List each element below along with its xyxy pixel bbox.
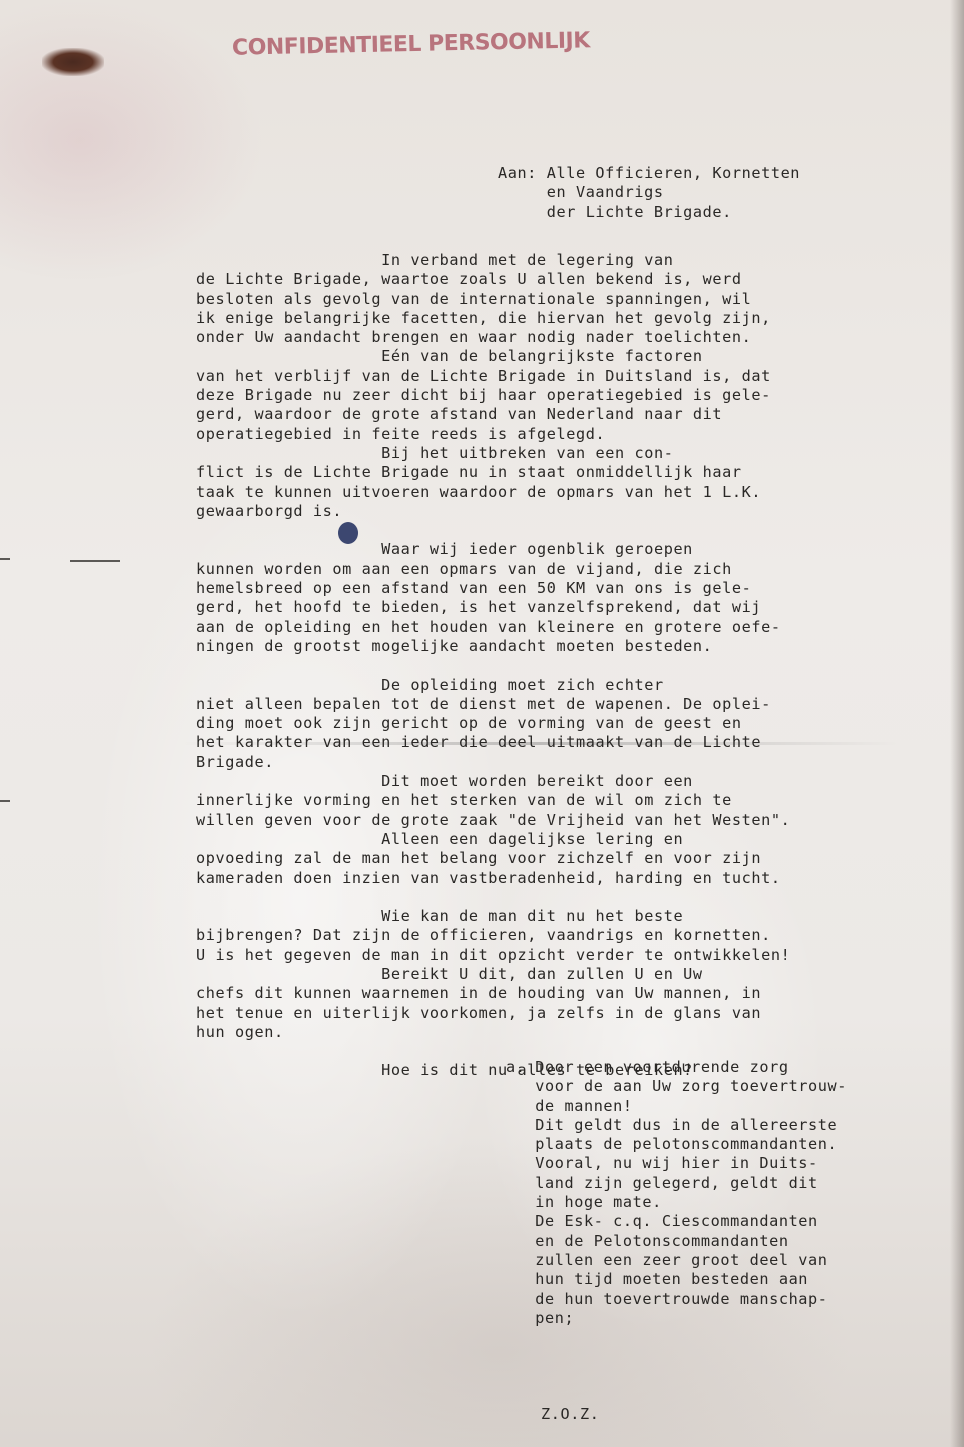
letter-body: In verband met de legering van de Lichte… [196,251,790,1081]
margin-mark [70,560,120,562]
ink-blot [338,522,358,544]
rust-stain [42,48,104,76]
addressee-block: Aan: Alle Officieren, Kornetten en Vaand… [498,164,800,222]
paper-edge-shadow [950,0,964,1447]
margin-mark [0,800,10,802]
list-item-a: a. Door een voortdurende zorg voor de aa… [506,1058,847,1328]
margin-mark [0,558,10,560]
page-turn-note: Z.O.Z. [541,1405,599,1424]
